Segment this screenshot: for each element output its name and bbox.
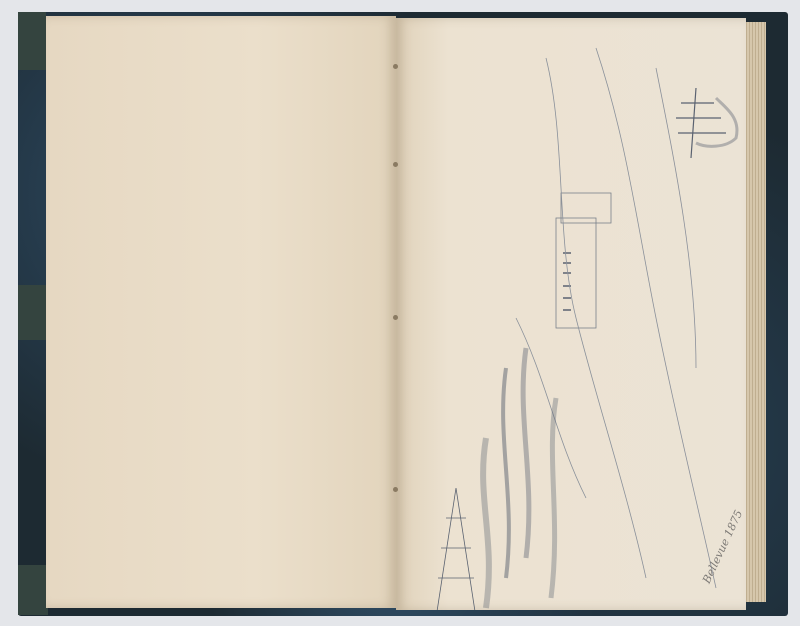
conifer-trees — [436, 88, 737, 610]
hillside-lines — [516, 48, 716, 588]
cover-corner-bottom-left — [18, 565, 48, 615]
building-sketch — [556, 193, 611, 328]
cover-corner-top-left — [18, 12, 46, 70]
page-stack-edges — [744, 22, 766, 602]
pencil-landscape-drawing — [396, 18, 746, 610]
left-page-blank — [46, 16, 396, 608]
cover-clasp-left — [18, 285, 46, 340]
